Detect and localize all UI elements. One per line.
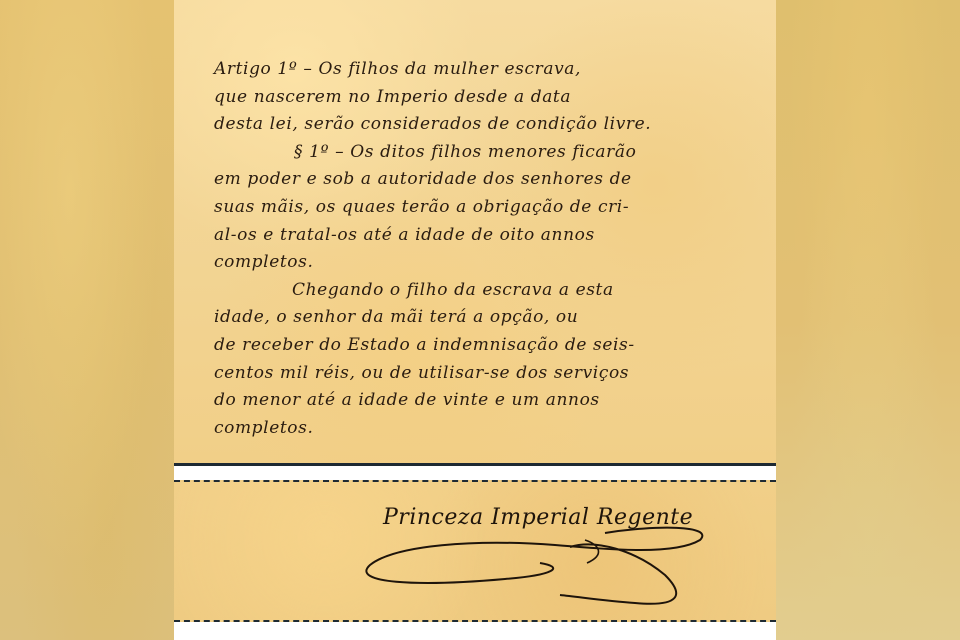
text-line: do menor até a idade de vinte e um annos xyxy=(214,387,754,415)
text-line-paragraph-2: Chegando o filho da escrava a esta xyxy=(214,277,754,305)
signature-text: Princeza Imperial Regente xyxy=(383,505,693,530)
text-line: suas mãis, os quaes terão a obrigação de… xyxy=(214,194,754,222)
text-line: que nascerem no Imperio desde a data xyxy=(214,84,754,112)
signature: Princeza Imperial Regente xyxy=(355,495,735,615)
text-line: completos. xyxy=(214,249,754,277)
text-line: em poder e sob a autoridade dos senhores… xyxy=(214,166,754,194)
text-line: centos mil réis, ou de utilisar-se dos s… xyxy=(214,360,754,388)
text-line: completos. xyxy=(214,415,754,443)
text-line: desta lei, serão considerados de condiçã… xyxy=(214,111,754,139)
background-left xyxy=(0,0,174,640)
bottom-margin xyxy=(174,622,776,640)
text-line-article-heading: Artigo 1º – Os filhos da mulher escrava, xyxy=(214,56,754,84)
background-right xyxy=(776,0,960,640)
text-line: de receber do Estado a indemnisação de s… xyxy=(214,332,754,360)
text-line-paragraph-1: § 1º – Os ditos filhos menores ficarão xyxy=(214,139,754,167)
torn-gap xyxy=(174,466,776,480)
manuscript-text: Artigo 1º – Os filhos da mulher escrava,… xyxy=(214,56,754,442)
text-line: idade, o senhor da mãi terá a opção, ou xyxy=(214,304,754,332)
text-line: al-os e tratal-os até a idade de oito an… xyxy=(214,222,754,250)
